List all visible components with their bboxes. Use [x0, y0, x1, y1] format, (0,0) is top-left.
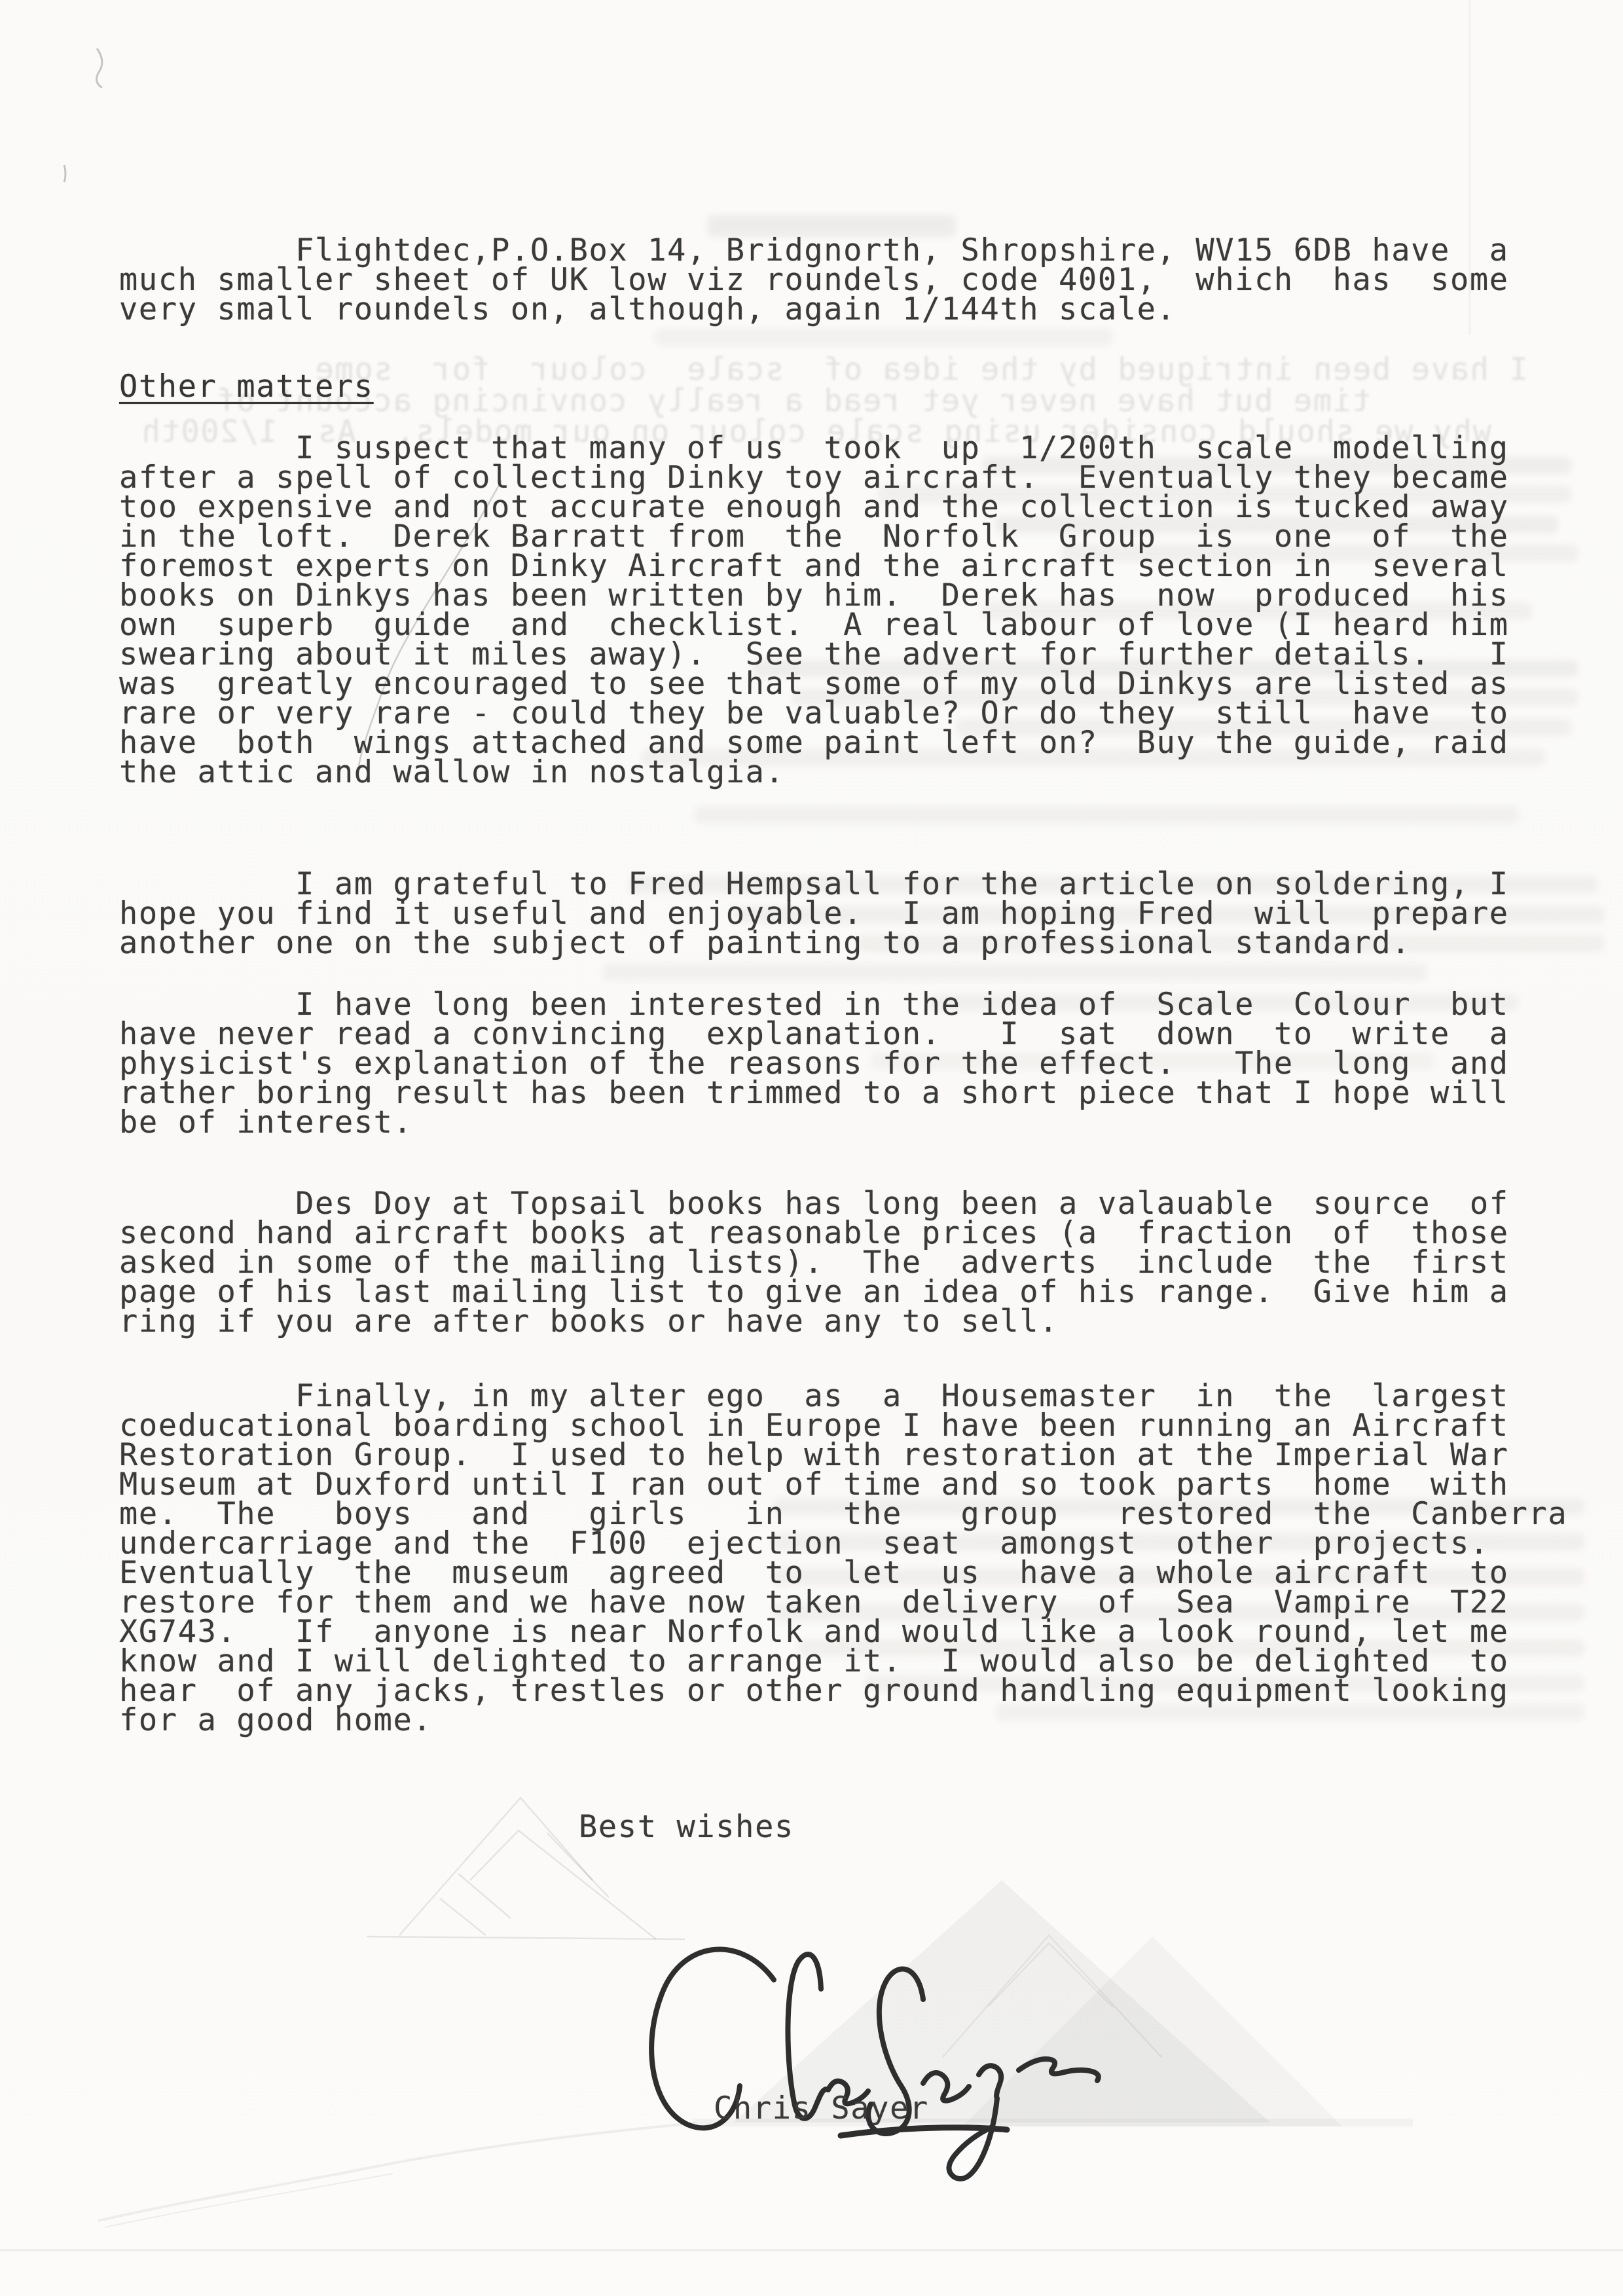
typed-line: Restoration Group. I used to help with r…	[119, 1440, 1567, 1470]
typed-line: coeducational boarding school in Europe …	[119, 1411, 1567, 1440]
typed-line: Finally, in my alter ego as a Housemaste…	[119, 1381, 1567, 1411]
typed-line: I suspect that many of us took up 1/200t…	[119, 433, 1509, 463]
showthrough-smudge	[602, 964, 1427, 981]
typed-line: hear of any jacks, trestles or other gro…	[119, 1676, 1567, 1705]
signature-handwriting	[623, 1926, 1134, 2208]
typed-line: XG743. If anyone is near Norfolk and wou…	[119, 1617, 1567, 1647]
typed-line: page of his last mailing list to give an…	[119, 1277, 1509, 1307]
typed-line: asked in some of the mailing lists). The…	[119, 1248, 1509, 1277]
typed-line: after a spell of collecting Dinky toy ai…	[119, 463, 1509, 492]
section-heading-other-matters: Other matters	[119, 372, 374, 401]
typed-line: foremost experts on Dinky Aircraft and t…	[119, 551, 1509, 581]
letter-page: I have been intrigued by the idea of sca…	[0, 0, 1623, 2296]
typed-line: rather boring result has been trimmed to…	[119, 1078, 1509, 1108]
showthrough-line: time but have never yet read a really co…	[216, 386, 1371, 416]
typed-line: own superb guide and checklist. A real l…	[119, 610, 1509, 640]
paragraph-soldering: I am grateful to Fred Hempsall for the a…	[119, 869, 1509, 958]
typed-line: rare or very rare - could they be valuab…	[119, 699, 1509, 728]
typed-line: the attic and wallow in nostalgia.	[119, 757, 1509, 787]
closing-best-wishes: Best wishes	[579, 1812, 794, 1842]
typed-line: Museum at Duxford until I ran out of tim…	[119, 1470, 1567, 1499]
typed-line: Eventually the museum agreed to let us h…	[119, 1558, 1567, 1588]
typed-line: I am grateful to Fred Hempsall for the a…	[119, 869, 1509, 899]
typed-line: hope you find it useful and enjoyable. I…	[119, 899, 1509, 928]
typed-line: Flightdec,P.O.Box 14, Bridgnorth, Shrops…	[119, 236, 1509, 265]
showthrough-smudge	[694, 807, 1519, 824]
typed-line: I have long been interested in the idea …	[119, 990, 1509, 1019]
typed-line: ring if you are after books or have any …	[119, 1307, 1509, 1336]
typed-line: for a good home.	[119, 1705, 1567, 1735]
typed-line: much smaller sheet of UK low viz roundel…	[119, 265, 1509, 295]
tear-line	[98, 2123, 695, 2227]
typed-line: physicist's explanation of the reasons f…	[119, 1049, 1509, 1078]
typed-line: another one on the subject of painting t…	[119, 928, 1509, 958]
typed-line: second hand aircraft books at reasonable…	[119, 1218, 1509, 1248]
typed-line: swearing about it miles away). See the a…	[119, 640, 1509, 669]
typed-line: know and I will delighted to arrange it.…	[119, 1647, 1567, 1676]
typed-line: in the loft. Derek Barratt from the Norf…	[119, 522, 1509, 551]
showthrough-line: I have been intrigued by the idea of sca…	[314, 355, 1528, 384]
typed-line: was greatly encouraged to see that some …	[119, 669, 1509, 699]
typed-line: be of interest.	[119, 1108, 1509, 1137]
typed-line: books on Dinkys has been written by him.…	[119, 581, 1509, 610]
paragraph-dinky: I suspect that many of us took up 1/200t…	[119, 433, 1509, 787]
typed-line: too expensive and not accurate enough an…	[119, 492, 1509, 522]
paragraph-topsail-books: Des Doy at Topsail books has long been a…	[119, 1189, 1509, 1336]
typed-signature-name: Chris Sayer	[714, 2094, 929, 2123]
paragraph-restoration-group: Finally, in my alter ego as a Housemaste…	[119, 1381, 1567, 1735]
typed-line: restore for them and we have now taken d…	[119, 1588, 1567, 1617]
paragraph-flightdec: Flightdec,P.O.Box 14, Bridgnorth, Shrops…	[119, 236, 1509, 324]
typed-line: have never read a convincing explanation…	[119, 1019, 1509, 1049]
typed-line: have both wings attached and some paint …	[119, 728, 1509, 757]
typed-line: me. The boys and girls in the group rest…	[119, 1499, 1567, 1529]
typed-line: undercarriage and the F100 ejection seat…	[119, 1529, 1567, 1558]
showthrough-smudge	[655, 329, 1113, 346]
typed-line: Des Doy at Topsail books has long been a…	[119, 1189, 1509, 1218]
typed-line: very small roundels on, although, again …	[119, 295, 1509, 324]
paragraph-scale-colour: I have long been interested in the idea …	[119, 990, 1509, 1137]
ink-marks	[64, 48, 102, 182]
